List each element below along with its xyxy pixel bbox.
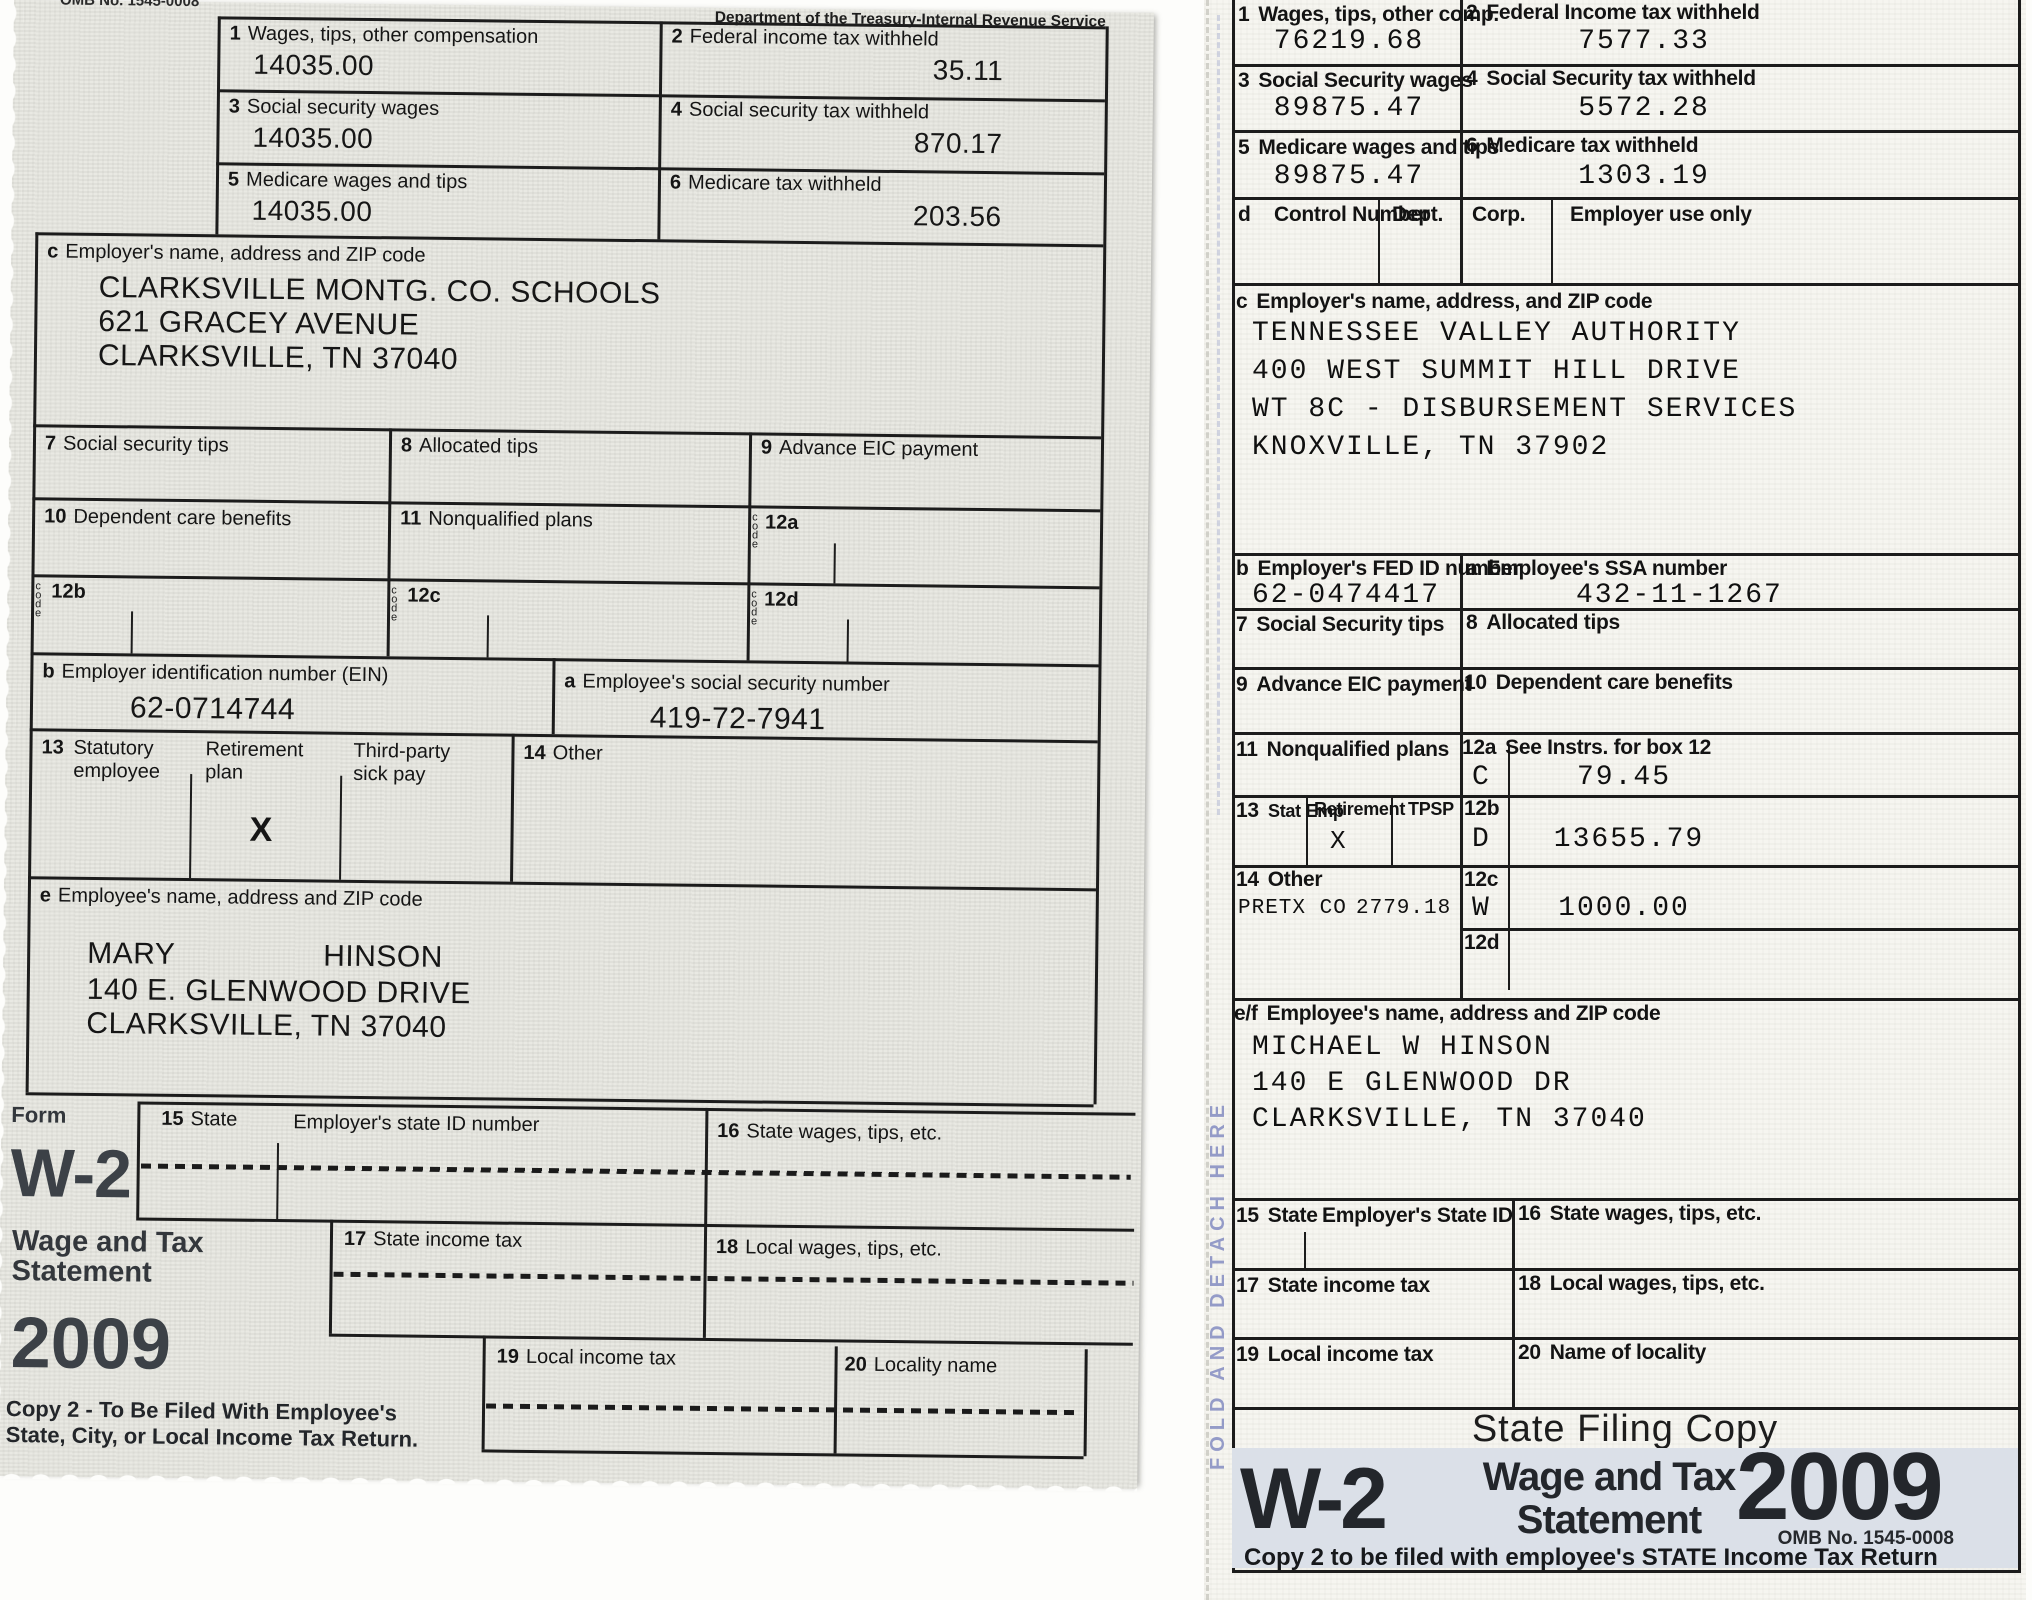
box15-label2: Employer's state ID number	[293, 1111, 539, 1137]
grid-line	[1232, 130, 2018, 133]
employee-city: CLARKSVILLE, TN 37040	[86, 1007, 447, 1045]
grid-line	[657, 21, 662, 239]
box13-number: 13	[1236, 799, 1268, 823]
grid-line	[1232, 283, 2018, 286]
box6-label: 6Medicare tax withheld	[670, 171, 882, 196]
employee-last-name: HINSON	[323, 940, 443, 975]
box12d-label: 12d	[1464, 931, 1508, 955]
box5-label: 5Medicare wages and tips	[1238, 136, 1499, 160]
boxd-label: d	[1238, 203, 1260, 227]
grid-line	[1232, 795, 2018, 798]
grid-line	[30, 728, 1098, 743]
box6-value: 1303.19	[1534, 161, 1754, 192]
grid-line	[833, 543, 835, 583]
grid-line	[1460, 553, 1463, 998]
box14-text: PRETX CO	[1238, 897, 1347, 920]
grid-line	[189, 774, 192, 878]
dept-label: Dept.	[1392, 203, 1443, 227]
box5-value: 14035.00	[251, 195, 372, 228]
grid-line	[26, 232, 39, 1092]
form-number: W-2	[1240, 1450, 1384, 1549]
employer-city: KNOXVILLE, TN 37902	[1252, 432, 1609, 463]
box1-value: 14035.00	[253, 49, 374, 82]
box6-value: 203.56	[711, 198, 1001, 233]
box13-retirement-label: Retirementplan	[205, 738, 303, 785]
grid-line	[136, 1217, 1134, 1231]
box20-label: 20Locality name	[844, 1354, 997, 1379]
fold-and-detach-text: FOLD AND DETACH HERE	[1207, 845, 1230, 1470]
grid-line	[1551, 197, 1553, 283]
grid-line	[1232, 197, 2018, 200]
employer-name: TENNESSEE VALLEY AUTHORITY	[1252, 318, 1741, 349]
box4-value: 5572.28	[1534, 93, 1754, 124]
box7-label: 7Social Security tips	[1236, 613, 1444, 637]
box12c-value: 1000.00	[1534, 893, 1714, 924]
box4-label: 4Social security tax withheld	[671, 98, 929, 124]
box1-label: 1Wages, tips, other comp.	[1238, 3, 1499, 27]
box3-label: 3Social security wages	[229, 95, 440, 120]
box15-label: 15State	[1236, 1204, 1318, 1228]
box5-label: 5Medicare wages and tips	[228, 168, 468, 194]
grid-line	[329, 1334, 1133, 1346]
employer-dept: WT 8C - DISBURSEMENT SERVICES	[1252, 394, 1797, 425]
box3-value: 89875.47	[1254, 93, 1444, 124]
perforated-edge	[0, 1462, 1137, 1492]
box12a-label: 12a	[765, 512, 806, 535]
grid-line	[1232, 1337, 2018, 1340]
box12d-code-word: code	[751, 590, 760, 626]
box3-value: 14035.00	[252, 122, 373, 155]
grid-line	[1232, 1198, 2018, 1201]
box12c-label: 12c	[1464, 868, 1507, 892]
ssn-value: 419-72-7941	[650, 701, 826, 737]
form-number: W-2	[10, 1134, 131, 1213]
grid-line	[215, 16, 220, 234]
box12c-code: W	[1472, 893, 1491, 924]
entry-dashed-line	[486, 1403, 1080, 1415]
grid-line	[1232, 553, 2018, 556]
grid-line	[834, 1346, 838, 1453]
w2-state-filing-form: FOLD AND DETACH HERE 1Wages, tips, other…	[1204, 0, 2026, 1600]
copy-designation: Copy 2 to be filed with employee's STATE…	[1244, 1544, 1938, 1572]
grid-line	[487, 615, 489, 657]
ein-label: bEmployer identification number (EIN)	[42, 660, 388, 687]
box12b-code: D	[1472, 824, 1491, 855]
wage-tax-statement: Wage and TaxStatement	[11, 1226, 203, 1289]
boxef-label: e/fEmployee's name, address and ZIP code	[1234, 1002, 1660, 1026]
grid-line	[276, 1143, 279, 1219]
grid-line	[482, 1335, 486, 1449]
employee-street: 140 E GLENWOOD DR	[1252, 1068, 1572, 1099]
box9-label: 9Advance EIC payment	[761, 437, 978, 462]
box15-label2: Employer's State ID	[1322, 1204, 1513, 1228]
box13-retirement-label: Retirement	[1314, 799, 1405, 820]
box5-value: 89875.47	[1254, 161, 1444, 192]
employee-street: 140 E. GLENWOOD DRIVE	[87, 973, 471, 1011]
grid-line	[1232, 732, 2018, 735]
grid-line	[31, 574, 1099, 589]
box8-label: 8Allocated tips	[401, 434, 538, 459]
box14-value: 2779.18	[1356, 897, 1451, 920]
box11-label: 11Nonqualified plans	[400, 507, 593, 532]
box15-label: 15State	[161, 1108, 237, 1132]
grid-line	[510, 734, 515, 882]
box12a-value: 79.45	[1534, 762, 1714, 793]
box19-label: 19Local income tax	[1236, 1343, 1433, 1367]
ssa-value: 432-11-1267	[1576, 580, 1783, 611]
grid-line	[26, 1092, 1094, 1107]
box16-label: 16State wages, tips, etc.	[1518, 1202, 1761, 1226]
box2-label: 2Federal Income tax withheld	[1466, 1, 1760, 25]
box13-number: 13	[41, 736, 71, 759]
box2-value: 7577.33	[1534, 26, 1754, 57]
entry-dashed-line	[141, 1164, 1131, 1180]
tax-year: 2009	[1736, 1432, 1942, 1542]
box8-label: 8Allocated tips	[1466, 611, 1620, 635]
grid-line	[1232, 998, 2018, 1001]
ssn-label: aEmployee's social security number	[564, 670, 890, 697]
employer-city: CLARKSVILLE, TN 37040	[98, 339, 459, 377]
box16-label: 16State wages, tips, etc.	[717, 1120, 942, 1146]
box1-label: 1Wages, tips, other compensation	[229, 22, 538, 49]
box20-label: 20Name of locality	[1518, 1341, 1706, 1365]
form-word: Form	[11, 1102, 66, 1129]
retirement-plan-checkmark: X	[1330, 826, 1348, 856]
grid-line	[1460, 928, 2018, 931]
box2-value: 35.11	[713, 52, 1003, 87]
box10-label: 10Dependent care benefits	[1464, 671, 1733, 695]
grid-line	[1232, 865, 2018, 868]
employee-city: CLARKSVILLE, TN 37040	[1252, 1104, 1647, 1135]
corp-label: Corp.	[1472, 203, 1525, 227]
scanned-w2-forms-page: { "left_form": { "omb": "OMB No. 1545-00…	[0, 0, 2032, 1600]
box13-tpsp-label: TPSP	[1408, 799, 1454, 820]
grid-line	[1094, 26, 1109, 1104]
box14-label: 14Other	[1236, 868, 1322, 892]
box6-label: 6Medicare tax withheld	[1466, 134, 1698, 158]
w2-copy2-form: OMB No. 1545-0008 Department of the Trea…	[0, 0, 1154, 1489]
entry-dashed-line	[334, 1272, 1134, 1286]
grid-line	[136, 1101, 140, 1217]
retirement-plan-checkmark: X	[249, 811, 272, 850]
employee-first-name: MARY	[87, 937, 176, 972]
grid-line	[1508, 745, 1510, 990]
grid-line	[131, 611, 133, 653]
box1-value: 76219.68	[1254, 26, 1444, 57]
box12a-label: 12aSee Instrs. for box 12	[1462, 736, 1711, 760]
box4-value: 870.17	[712, 125, 1002, 160]
box12c-label: 12c	[407, 585, 448, 608]
grid-line	[482, 1449, 1084, 1459]
box18-label: 18Local wages, tips, etc.	[716, 1236, 942, 1262]
boxc-label: cEmployer's name, address, and ZIP code	[1236, 290, 1652, 314]
box12c-code-word: code	[391, 586, 400, 622]
box13-statutory-label: Statutoryemployee	[73, 737, 160, 784]
copy-designation: Copy 2 - To Be Filed With Employee'sStat…	[6, 1396, 419, 1453]
box10-label: 10Dependent care benefits	[44, 505, 291, 531]
grid-line	[339, 776, 342, 880]
box12b-value: 13655.79	[1519, 824, 1739, 855]
box12d-label: 12d	[764, 589, 806, 612]
grid-line	[1232, 667, 2018, 670]
box14-label: 14Other	[523, 742, 603, 766]
ssa-label: aEmployee's SSA number	[1466, 557, 1727, 581]
employee-name: MICHAEL W HINSON	[1252, 1032, 1553, 1063]
box12b-label: 12b	[51, 580, 93, 603]
box9-label: 9Advance EIC payment	[1236, 673, 1471, 697]
grid-line	[1512, 1198, 1515, 1407]
omb-number: OMB No. 1545-0008	[60, 0, 199, 10]
box18-label: 18Local wages, tips, etc.	[1518, 1272, 1765, 1296]
box17-label: 17State income tax	[1236, 1274, 1430, 1298]
box12b-code-word: code	[35, 582, 44, 618]
employer-use-label: Employer use only	[1570, 203, 1752, 227]
box2-label: 2Federal income tax withheld	[671, 25, 938, 51]
employer-street: 621 GRACEY AVENUE	[98, 305, 419, 343]
box13-sickpay-label: Third-partysick pay	[353, 740, 450, 787]
box12a-code-word: code	[752, 513, 761, 549]
employer-street: 400 WEST SUMMIT HILL DRIVE	[1252, 356, 1741, 387]
fed-id-value: 62-0474417	[1252, 580, 1440, 611]
box19-label: 19Local income tax	[497, 1346, 677, 1371]
grid-line	[703, 1108, 709, 1338]
box12a-code: C	[1472, 762, 1491, 793]
ein-value: 62-0714744	[130, 691, 296, 727]
box4-label: 4Social Security tax withheld	[1466, 67, 1756, 91]
box11-label: 11Nonqualified plans	[1236, 738, 1449, 762]
boxc-label: cEmployer's name, address and ZIP code	[47, 240, 426, 267]
box12b-label: 12b	[1464, 797, 1508, 821]
tax-year: 2009	[10, 1302, 171, 1386]
boxe-label: eEmployee's name, address and ZIP code	[40, 884, 423, 911]
box3-label: 3Social Security wages	[1238, 69, 1473, 93]
fold-line	[1217, 15, 1220, 815]
grid-line	[1232, 1268, 2018, 1271]
grid-line	[2018, 0, 2021, 1570]
box7-label: 7Social security tips	[45, 432, 229, 457]
grid-line	[847, 619, 849, 661]
grid-line	[1232, 0, 1235, 1570]
grid-line	[1084, 1349, 1088, 1456]
box17-label: 17State income tax	[344, 1228, 522, 1253]
grid-line	[552, 658, 556, 734]
grid-line	[1304, 1232, 1306, 1268]
